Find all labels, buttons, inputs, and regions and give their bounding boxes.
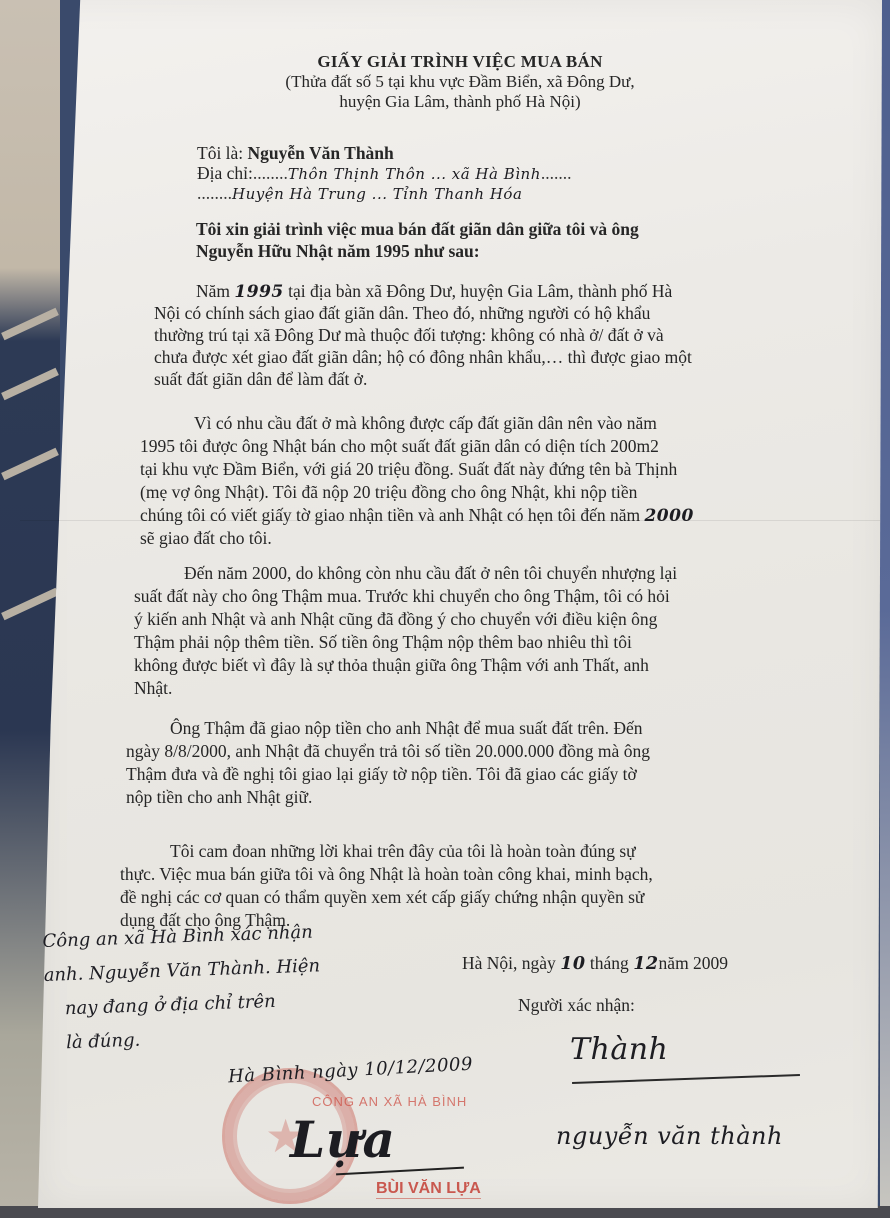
- declarant-name: Nguyễn Văn Thành: [248, 143, 394, 163]
- declarant-label: Tôi là:: [197, 143, 248, 163]
- paragraph-3-line-6: Nhật.: [134, 677, 172, 699]
- intro-line-1: Tôi xin giải trình việc mua bán đất giãn…: [196, 218, 639, 240]
- document-subtitle-1: (Thửa đất số 5 tại khu vực Đầm Biển, xã …: [230, 72, 690, 92]
- confirmer-label: Người xác nhận:: [518, 994, 635, 1016]
- paragraph-1-line-2: Nội có chính sách giao đất giãn dân. The…: [154, 302, 650, 324]
- paragraph-3-line-2: suất đất này cho ông Thậm mua. Trước khi…: [134, 585, 670, 607]
- date-line: Hà Nội, ngày 10 tháng 12năm 2009: [462, 952, 728, 975]
- handwritten-year-1995: 1995: [234, 282, 283, 302]
- intro-line-2: Nguyễn Hữu Nhật năm 1995 như sau:: [196, 240, 480, 262]
- paragraph-1-line-1: Năm 1995 tại địa bàn xã Đông Dư, huyện G…: [196, 280, 672, 303]
- paragraph-5-line-1: Tôi cam đoan những lời khai trên đây của…: [170, 840, 636, 862]
- paragraph-5-line-2: thực. Việc mua bán giữa tôi và ông Nhật …: [120, 863, 653, 885]
- paragraph-2-line-5: chúng tôi có viết giấy tờ giao nhận tiền…: [140, 504, 694, 527]
- paragraph-4-line-4: nộp tiền cho anh Nhật giữ.: [126, 786, 312, 808]
- paragraph-4-line-1: Ông Thậm đã giao nộp tiền cho anh Nhật đ…: [170, 717, 643, 739]
- declarant-name-handwritten: nguyễn văn thành: [556, 1122, 783, 1150]
- address-handwritten-2: Huyện Hà Trung ... Tỉnh Thanh Hóa: [232, 185, 522, 203]
- title-block: GIẤY GIẢI TRÌNH VIỆC MUA BÁN (Thửa đất s…: [230, 52, 690, 112]
- paragraph-3-line-3: ý kiến anh Nhật và anh Nhật cũng đã đồng…: [134, 608, 657, 630]
- paragraph-3-line-4: Thậm phải nộp thêm tiền. Số tiền ông Thậ…: [134, 631, 632, 653]
- handwritten-police-note: Công an xã Hà Bình xác nhận anh. Nguyễn …: [42, 915, 323, 1061]
- signature-line: [572, 1074, 800, 1084]
- address-line-2: ........Huyện Hà Trung ... Tỉnh Thanh Hó…: [197, 182, 522, 205]
- official-date-handwritten: Hà Bình ngày 10/12/2009: [228, 1054, 474, 1088]
- handwritten-month: 12: [633, 954, 658, 974]
- document-title: GIẤY GIẢI TRÌNH VIỆC MUA BÁN: [230, 52, 690, 72]
- paragraph-2-line-3: tại khu vực Đầm Biển, với giá 20 triệu đ…: [140, 458, 677, 480]
- paragraph-4-line-3: Thậm đưa và đề nghị tôi giao lại giấy tờ…: [126, 763, 637, 785]
- paragraph-2-line-6: sẽ giao đất cho tôi.: [140, 527, 272, 549]
- paragraph-1-line-5: suất đất giãn dân để làm đất ở.: [154, 368, 367, 390]
- document-subtitle-2: huyện Gia Lâm, thành phố Hà Nội): [230, 92, 690, 112]
- handwritten-day: 10: [560, 954, 585, 974]
- paragraph-1-line-3: thường trú tại xã Đông Dư mà thuộc đối t…: [154, 324, 664, 346]
- stamp-title: CÔNG AN XÃ HÀ BÌNH: [312, 1094, 467, 1109]
- address-label: Địa chỉ:: [197, 163, 253, 183]
- paragraph-3-line-1: Đến năm 2000, do không còn nhu cầu đất ở…: [184, 562, 677, 584]
- official-name: BÙI VĂN LỰA: [376, 1180, 481, 1199]
- paragraph-4-line-2: ngày 8/8/2000, anh Nhật đã chuyển trả tô…: [126, 740, 650, 762]
- paragraph-2-line-4: (mẹ vợ ông Nhật). Tôi đã nộp 20 triệu đồ…: [140, 481, 637, 503]
- declarant-signature: Thành: [570, 1032, 668, 1067]
- paragraph-5-line-3: đề nghị các cơ quan có thẩm quyền xem xé…: [120, 886, 644, 908]
- paragraph-1-line-4: chưa được xét giao đất giãn dân; hộ có đ…: [154, 346, 692, 368]
- document: GIẤY GIẢI TRÌNH VIỆC MUA BÁN (Thửa đất s…: [0, 0, 890, 1218]
- address-handwritten-1: Thôn Thịnh Thôn ... xã Hà Bình: [288, 165, 541, 183]
- official-signature: Lựa: [290, 1110, 395, 1169]
- paragraph-3-line-5: không được biết vì đây là sự thỏa thuận …: [134, 654, 649, 676]
- paragraph-2-line-2: 1995 tôi được ông Nhật bán cho một suất …: [140, 435, 659, 457]
- paragraph-2-line-1: Vì có nhu cầu đất ở mà không được cấp đấ…: [194, 412, 657, 434]
- declarant-line: Tôi là: Nguyễn Văn Thành: [197, 142, 394, 164]
- handwritten-year-2000: 2000: [644, 506, 693, 526]
